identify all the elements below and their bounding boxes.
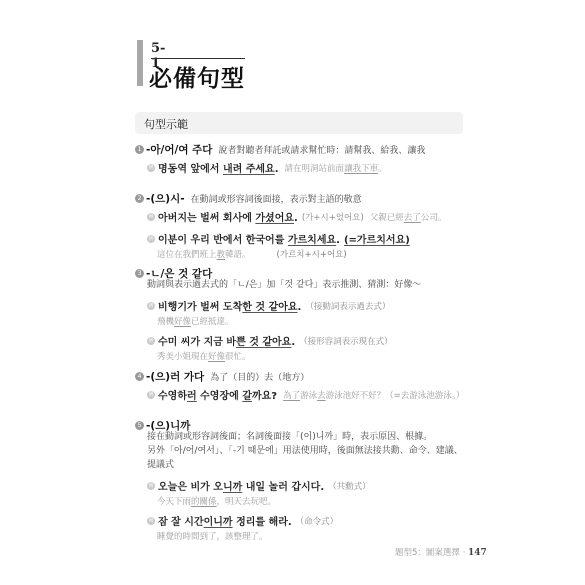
example-icon: 例 xyxy=(147,391,155,399)
number-badge-icon: 1 xyxy=(135,145,144,154)
pattern-item-5: 5-(으)니까 接在動詞或形容詞後面；名詞後面接「(이)니까」時，表示原因、根據… xyxy=(135,415,475,542)
page-number: 147 xyxy=(468,548,487,558)
example-sentence: 例비행기가 벌써 도착한 것 같아요.（接動詞表示過去式） xyxy=(135,295,475,314)
pattern-title: -ㄴ/은 것 같다 xyxy=(146,268,212,280)
translation: 為了游泳去游泳池好不好？（=去游泳池游泳。） xyxy=(283,391,464,401)
translation: 請在明洞站前面讓我下車。 xyxy=(285,164,387,174)
pattern-item-2: 2-(으)시-在動詞或形容詞後面接，表示對主語的敬意 例아버지는 벌써 회사에 … xyxy=(135,188,475,260)
example-sentence: 例오늘은 비가 오니까 내일 놀러 갑시다.（共勳式） xyxy=(135,475,475,494)
translation: 秀美小姐現在好像很忙。 xyxy=(135,350,475,362)
korean-text: 오늘은 비가 오니까 내일 놀러 갑시다. xyxy=(158,482,324,493)
pattern-title: -(으)러 가다 xyxy=(146,371,204,383)
translation: 這位在我們班上教韓語。(가르치+시+어요) xyxy=(135,248,475,260)
pattern-title: -(으)시- xyxy=(146,193,185,205)
pattern-title: -(으)니까 xyxy=(146,420,190,432)
korean-text: 수영하러 수영장에 갈까요? xyxy=(158,391,277,402)
korean-text: 아버지는 벌써 회사에 가셨어요. xyxy=(158,213,298,224)
example-sentence: 例수미 씨가 지금 바쁜 것 같아요.（接形容詞表示現在式） xyxy=(135,330,475,349)
chapter-divider xyxy=(151,58,245,59)
pattern-description: 在動詞或形容詞後面接，表示對主語的敬意 xyxy=(191,195,362,205)
number-badge-icon: 4 xyxy=(135,372,144,381)
grammar-note: (가르치+시+어요) xyxy=(277,250,347,260)
page-footer: 題型5：圖案選擇 · 147 xyxy=(395,546,487,558)
example-icon: 例 xyxy=(147,337,155,345)
example-icon: 例 xyxy=(147,302,155,310)
example-icon: 例 xyxy=(147,213,155,221)
example-sentence: 例이분이 우리 반에서 한국어를 가르치세요.(=가르치서요) xyxy=(135,228,475,247)
example-icon: 例 xyxy=(147,235,155,243)
korean-text: 명동역 앞에서 내려 주세요. xyxy=(158,164,279,175)
korean-text: 비행기가 벌써 도착한 것 같아요. xyxy=(158,302,301,313)
chapter-title: 必備句型 xyxy=(149,60,245,93)
pattern-item-1: 1-아/어/여 주다說者對聽者拜託或請求幫忙時：請幫我、給我、讓我 例명동역 앞… xyxy=(135,139,475,176)
pattern-description: 動詞與表示過去式的「ㄴ/은」加「것 같다」表示推測、猜測：好像～ xyxy=(135,278,467,292)
footer-separator: · xyxy=(460,548,468,558)
translation: 今天下雨的關係，明天去玩吧。 xyxy=(135,495,475,507)
chapter-accent-bar xyxy=(137,40,143,86)
example-icon: 例 xyxy=(147,164,155,172)
number-badge-icon: 5 xyxy=(135,421,144,430)
grammar-note: (가+시+었어요) xyxy=(302,213,364,223)
translation: 父親已經去了公司。 xyxy=(370,213,447,223)
pattern-description: 說者對聽者拜託或請求幫忙時：請幫我、給我、讓我 xyxy=(218,146,425,156)
example-sentence: 例명동역 앞에서 내려 주세요.請在明洞站前面讓我下車。 xyxy=(135,157,475,176)
korean-text: 이분이 우리 반에서 한국어를 가르치세요. xyxy=(158,235,340,246)
example-sentence: 例아버지는 벌써 회사에 가셨어요.(가+시+었어요)父親已經去了公司。 xyxy=(135,206,475,225)
book-page: 5-1 必備句型 句型示範 1-아/어/여 주다說者對聽者拜託或請求幫忙時：請幫… xyxy=(0,0,585,585)
example-icon: 例 xyxy=(147,517,155,525)
example-sentence: 例수영하러 수영장에 갈까요?為了游泳去游泳池好不好？（=去游泳池游泳。） xyxy=(135,384,475,403)
grammar-note: （接形容詞表示現在式） xyxy=(299,337,393,347)
translation: 飛機好像已經抵達。 xyxy=(135,315,475,327)
korean-text: 잠 잘 시간이니까 정리를 해라. xyxy=(158,517,292,528)
pattern-description: 為了（目的）去（地方） xyxy=(210,373,309,383)
number-badge-icon: 3 xyxy=(135,269,144,278)
section-header: 句型示範 xyxy=(135,112,463,134)
number-badge-icon: 2 xyxy=(135,194,144,203)
example-icon: 例 xyxy=(147,482,155,490)
grammar-note: （共勳式） xyxy=(328,482,371,492)
grammar-note: （命令式） xyxy=(296,517,339,527)
example-sentence: 例잠 잘 시간이니까 정리를 해라.（命令式） xyxy=(135,510,475,529)
equivalent-form: (=가르치서요) xyxy=(344,235,410,246)
grammar-note: （接動詞表示過去式） xyxy=(305,302,390,312)
pattern-item-3: 3-ㄴ/은 것 같다 動詞與表示過去式的「ㄴ/은」加「것 같다」表示推測、猜測：… xyxy=(135,263,475,362)
translation: 睡覺的時間到了，該整理了。 xyxy=(135,530,475,542)
pattern-title: -아/어/여 주다 xyxy=(146,144,212,156)
pattern-description: 接在動詞或形容詞後面；名詞後面接「(이)니까」時，表示原因、根據。 另外「아/어… xyxy=(135,430,467,472)
korean-text: 수미 씨가 지금 바쁜 것 같아요. xyxy=(158,337,295,348)
section-label: 句型示範 xyxy=(144,116,188,132)
footer-section: 題型5：圖案選擇 xyxy=(395,548,460,558)
pattern-item-4: 4-(으)러 가다為了（目的）去（地方） 例수영하러 수영장에 갈까요?為了游泳… xyxy=(135,366,475,403)
